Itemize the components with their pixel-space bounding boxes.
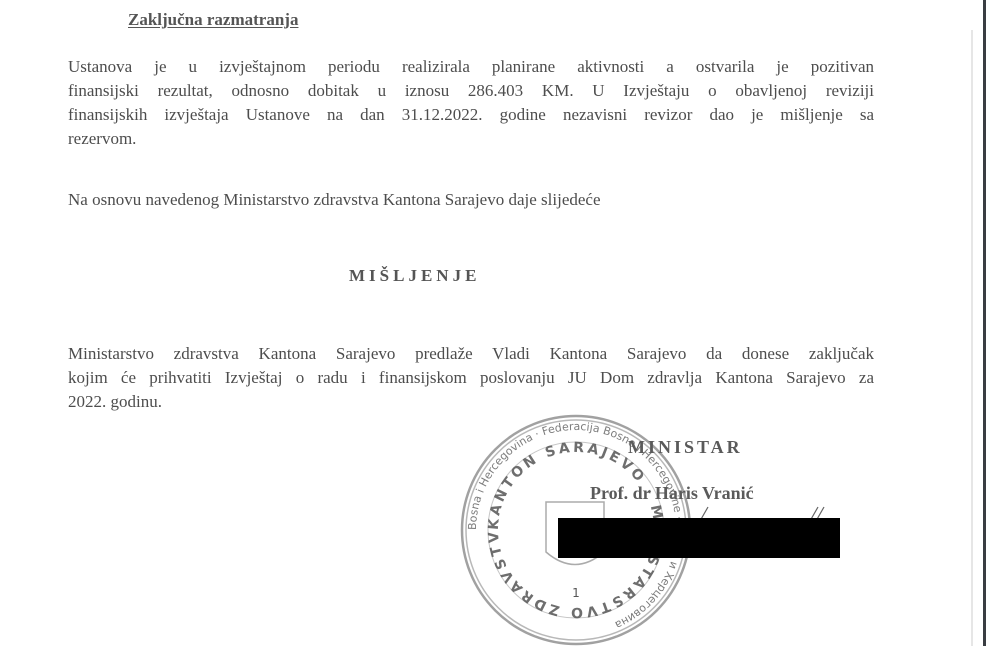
svg-text:1: 1 (572, 586, 580, 600)
paragraph-line: Ministarstvo zdravstva Kantona Sarajevo … (68, 342, 874, 366)
minister-title: MINISTAR (628, 437, 743, 458)
minister-name: Prof. dr Haris Vranić (590, 483, 754, 504)
basis-paragraph: Na osnovu navedenog Ministarstvo zdravst… (68, 188, 768, 212)
opinion-title: MIŠLJENJE (349, 266, 480, 286)
conclusion-paragraph: Ustanova je u izvještajnom periodu reali… (68, 55, 874, 151)
paragraph-line: finansijskih izvještaja Ustanove na dan … (68, 103, 874, 127)
paragraph-line: kojim će prihvatiti Izvještaj o radu i f… (68, 366, 874, 390)
document-page: Zaključna razmatranja Ustanova je u izvj… (0, 0, 960, 646)
redaction-block (558, 518, 840, 558)
paragraph-line: Ustanova je u izvještajnom periodu reali… (68, 55, 874, 79)
opinion-paragraph: Ministarstvo zdravstva Kantona Sarajevo … (68, 342, 874, 414)
page-edge-divider (971, 30, 973, 646)
section-heading: Zaključna razmatranja (128, 10, 298, 30)
paragraph-line: finansijski rezultat, odnosno dobitak u … (68, 79, 874, 103)
paragraph-line: 2022. godinu. (68, 390, 874, 414)
paragraph-line: rezervom. (68, 127, 874, 151)
